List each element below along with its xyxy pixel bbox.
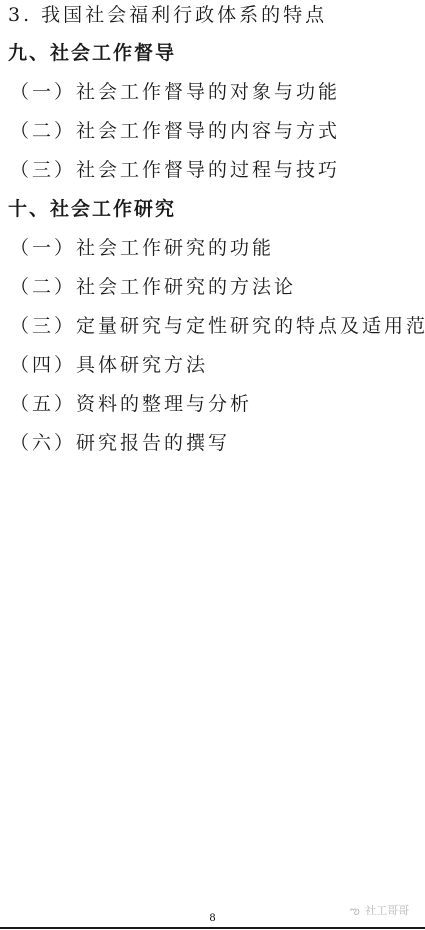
subsection-supervision-process: （三）社会工作督导的过程与技巧 [10, 157, 340, 183]
subsection-research-functions: （一）社会工作研究的功能 [10, 235, 274, 261]
bottom-divider [0, 927, 425, 929]
subsection-data-analysis: （五）资料的整理与分析 [10, 391, 252, 417]
watermark-text: 社工哥哥 [365, 904, 409, 917]
section-heading-supervision: 九、社会工作督导 [8, 40, 176, 66]
wechat-icon: ఌ [350, 904, 360, 920]
subsection-quant-qual: （三）定量研究与定性研究的特点及适用范围 [10, 313, 425, 339]
subsection-research-methodology: （二）社会工作研究的方法论 [10, 274, 296, 300]
subsection-report-writing: （六）研究报告的撰写 [10, 430, 230, 456]
list-item-welfare-admin-features: 3. 我国社会福利行政体系的特点 [8, 2, 327, 28]
watermark: ఌ 社工哥哥 [350, 902, 409, 920]
section-heading-research: 十、社会工作研究 [8, 196, 176, 222]
subsection-research-methods: （四）具体研究方法 [10, 352, 208, 378]
subsection-supervision-content: （二）社会工作督导的内容与方式 [10, 118, 340, 144]
subsection-supervision-objects: （一）社会工作督导的对象与功能 [10, 79, 340, 105]
